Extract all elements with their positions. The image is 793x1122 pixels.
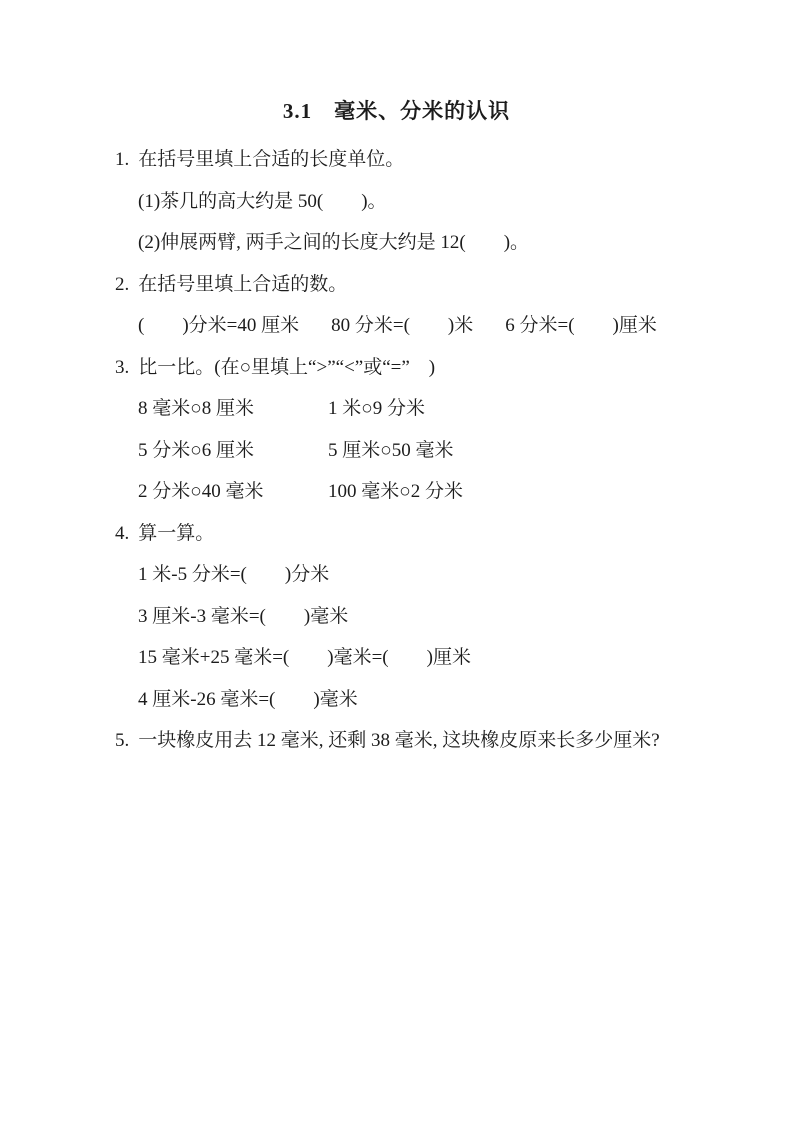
compare-item-right-3: 100 毫米○2 分米 <box>328 471 463 513</box>
calc-item-3: 15 毫米+25 毫米=( )毫米=( )厘米 <box>0 637 793 679</box>
question-5-number: 5. <box>115 730 129 751</box>
compare-row-1: 8 毫米○8 厘米 1 米○9 分米 <box>0 388 793 430</box>
compare-item-right-1: 1 米○9 分米 <box>328 388 425 430</box>
compare-item-left-2: 5 分米○6 厘米 <box>138 430 328 472</box>
fill-blank-item-1: ( )分米=40 厘米 <box>138 305 299 347</box>
question-1-text: 在括号里填上合适的长度单位。 <box>138 149 404 170</box>
compare-row-2: 5 分米○6 厘米 5 厘米○50 毫米 <box>0 430 793 472</box>
question-5-heading: 5.一块橡皮用去 12 毫米, 还剩 38 毫米, 这块橡皮原来长多少厘米? <box>0 720 793 762</box>
question-1-sub-item-1: (1)茶几的高大约是 50( )。 <box>0 181 793 223</box>
fill-blank-item-3: 6 分米=( )厘米 <box>505 305 657 347</box>
question-4-heading: 4.算一算。 <box>0 513 793 555</box>
calc-item-1: 1 米-5 分米=( )分米 <box>0 554 793 596</box>
page-title: 3.1 毫米、分米的认识 <box>0 0 793 125</box>
worksheet-body: 1.在括号里填上合适的长度单位。 (1)茶几的高大约是 50( )。 (2)伸展… <box>0 139 793 762</box>
question-1-number: 1. <box>115 149 129 170</box>
question-3-text: 比一比。(在○里填上“>”“<”或“=” ) <box>138 357 435 378</box>
question-1-heading: 1.在括号里填上合适的长度单位。 <box>0 139 793 181</box>
compare-item-right-2: 5 厘米○50 毫米 <box>328 430 453 472</box>
question-2-number: 2. <box>115 274 129 295</box>
question-1-sub-item-2: (2)伸展两臂, 两手之间的长度大约是 12( )。 <box>0 222 793 264</box>
question-4-number: 4. <box>115 523 129 544</box>
question-2-heading: 2.在括号里填上合适的数。 <box>0 264 793 306</box>
question-5-text: 一块橡皮用去 12 毫米, 还剩 38 毫米, 这块橡皮原来长多少厘米? <box>138 730 659 751</box>
compare-row-3: 2 分米○40 毫米 100 毫米○2 分米 <box>0 471 793 513</box>
question-4-text: 算一算。 <box>138 523 214 544</box>
calc-item-2: 3 厘米-3 毫米=( )毫米 <box>0 596 793 638</box>
compare-item-left-1: 8 毫米○8 厘米 <box>138 388 328 430</box>
question-2-fill-row: ( )分米=40 厘米 80 分米=( )米 6 分米=( )厘米 <box>0 305 793 347</box>
compare-item-left-3: 2 分米○40 毫米 <box>138 471 328 513</box>
question-2-text: 在括号里填上合适的数。 <box>138 274 347 295</box>
question-3-heading: 3.比一比。(在○里填上“>”“<”或“=” ) <box>0 347 793 389</box>
worksheet-page: 3.1 毫米、分米的认识 1.在括号里填上合适的长度单位。 (1)茶几的高大约是… <box>0 0 793 1122</box>
calc-item-4: 4 厘米-26 毫米=( )毫米 <box>0 679 793 721</box>
fill-blank-item-2: 80 分米=( )米 <box>331 305 473 347</box>
question-3-number: 3. <box>115 357 129 378</box>
